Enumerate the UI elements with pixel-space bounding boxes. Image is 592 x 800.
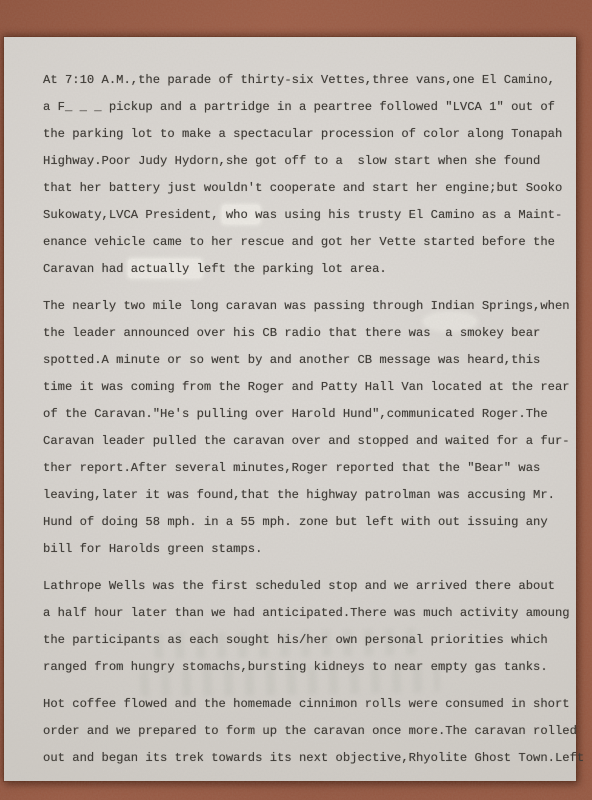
text-line: Caravan had actually left the parking lo… bbox=[43, 256, 565, 283]
text-line: Hot coffee flowed and the homemade cinni… bbox=[43, 691, 565, 718]
text-line: that her battery just wouldn't cooperate… bbox=[43, 175, 565, 202]
text-line: enance vehicle came to her rescue and go… bbox=[43, 229, 565, 256]
text-line: Lathrope Wells was the first scheduled s… bbox=[43, 573, 565, 600]
text-line: the leader announced over his CB radio t… bbox=[43, 320, 565, 347]
text-line: a F_ _ _ pickup and a partridge in a pea… bbox=[43, 94, 565, 121]
text-line: time it was coming from the Roger and Pa… bbox=[43, 374, 565, 401]
paragraph: At 7:10 A.M.,the parade of thirty-six Ve… bbox=[43, 67, 565, 283]
text-line: ther report.After several minutes,Roger … bbox=[43, 455, 565, 482]
text-line: the parking lot to make a spectacular pr… bbox=[43, 121, 565, 148]
paragraph: Hot coffee flowed and the homemade cinni… bbox=[43, 691, 565, 772]
text-line: ranged from hungry stomachs,bursting kid… bbox=[43, 654, 565, 681]
text-line: the participants as each sought his/her … bbox=[43, 627, 565, 654]
scrapbook-background: At 7:10 A.M.,the parade of thirty-six Ve… bbox=[0, 0, 592, 800]
paragraph: Lathrope Wells was the first scheduled s… bbox=[43, 573, 565, 681]
text-line: out and began its trek towards its next … bbox=[43, 745, 565, 772]
typewritten-page: At 7:10 A.M.,the parade of thirty-six Ve… bbox=[4, 37, 576, 781]
text-line: Hund of doing 58 mph. in a 55 mph. zone … bbox=[43, 509, 565, 536]
text-line: spotted.A minute or so went by and anoth… bbox=[43, 347, 565, 374]
text-line: Caravan leader pulled the caravan over a… bbox=[43, 428, 565, 455]
document-text: At 7:10 A.M.,the parade of thirty-six Ve… bbox=[43, 67, 565, 782]
text-line: bill for Harolds green stamps. bbox=[43, 536, 565, 563]
text-line: At 7:10 A.M.,the parade of thirty-six Ve… bbox=[43, 67, 565, 94]
text-line: of the Caravan."He's pulling over Harold… bbox=[43, 401, 565, 428]
paragraph: The nearly two mile long caravan was pas… bbox=[43, 293, 565, 563]
text-line: order and we prepared to form up the car… bbox=[43, 718, 565, 745]
text-line: The nearly two mile long caravan was pas… bbox=[43, 293, 565, 320]
text-line: leaving,later it was found,that the high… bbox=[43, 482, 565, 509]
text-line: Highway.Poor Judy Hydorn,she got off to … bbox=[43, 148, 565, 175]
text-line: Sukowaty,LVCA President, who was using h… bbox=[43, 202, 565, 229]
text-line: a half hour later than we had anticipate… bbox=[43, 600, 565, 627]
